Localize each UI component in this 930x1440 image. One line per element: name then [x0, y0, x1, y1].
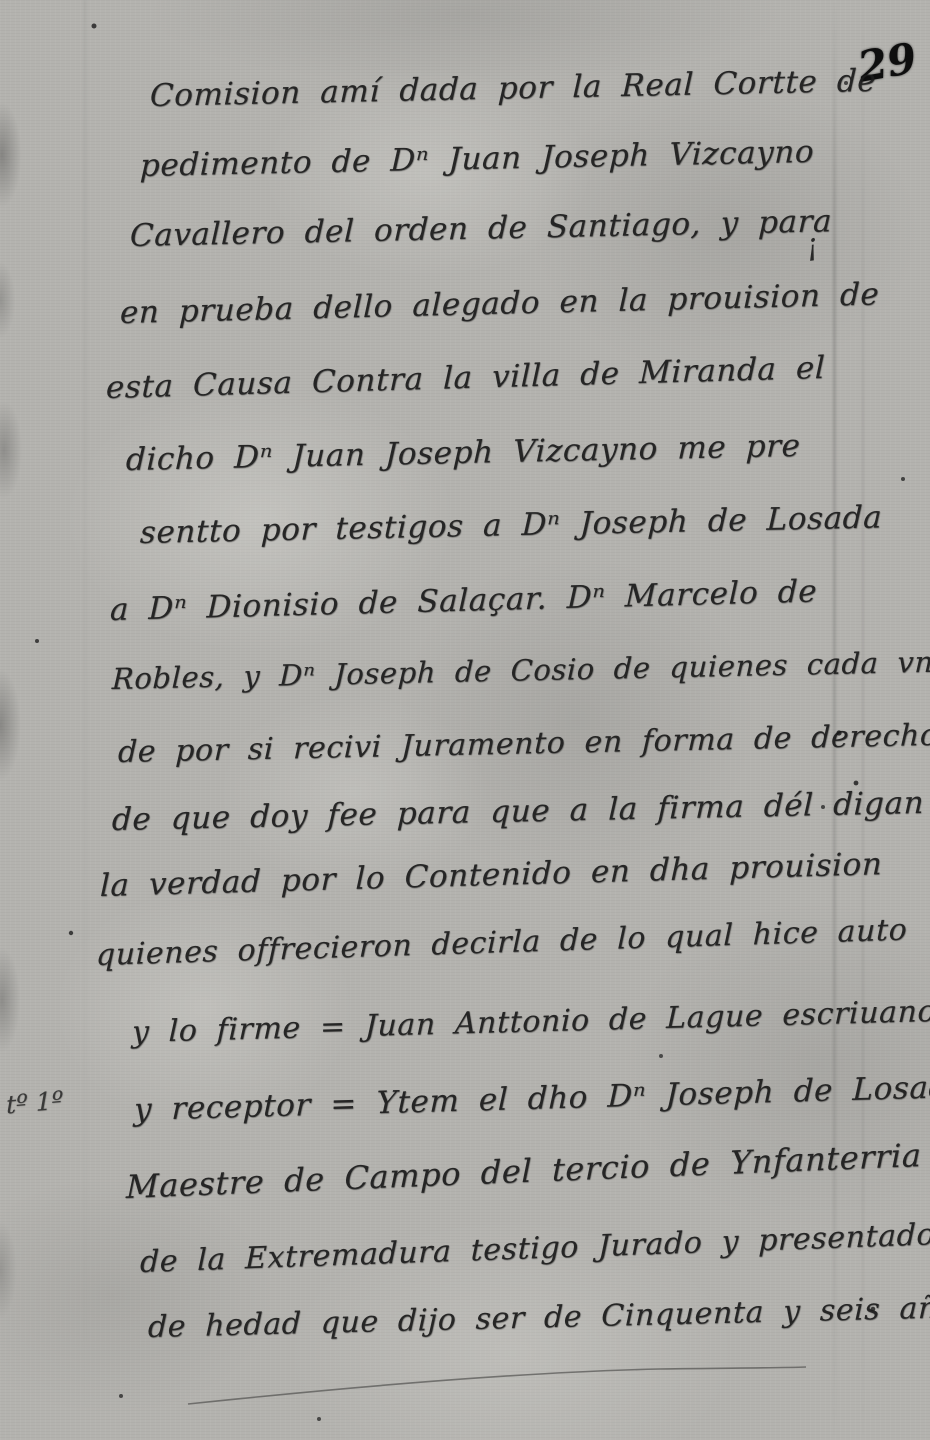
manuscript-page: 29 Comision amí dada por la Real Cortte … [0, 0, 930, 1440]
closing-rule-line [0, 0, 930, 1440]
